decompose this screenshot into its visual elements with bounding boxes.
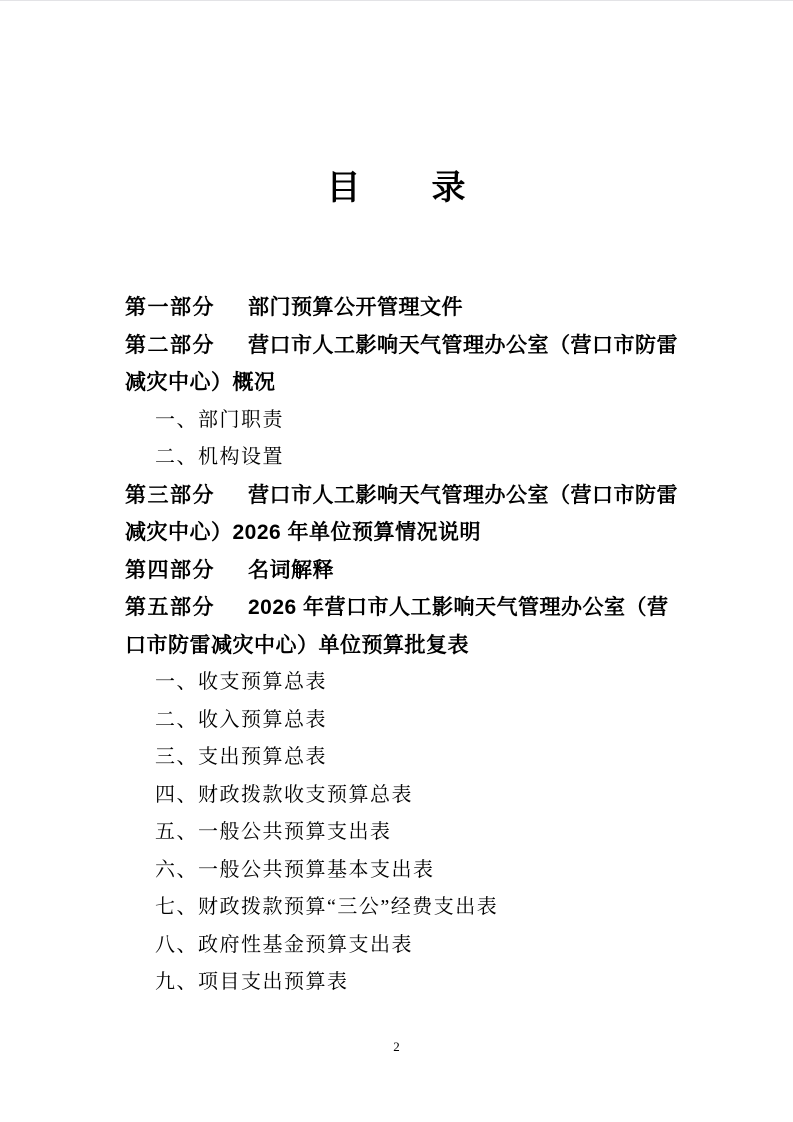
toc-part-label: 第四部分 bbox=[125, 559, 215, 582]
toc-sub-entry: 一、部门职责 bbox=[125, 402, 687, 440]
toc-part-label: 第一部分 bbox=[125, 296, 215, 319]
toc-sub-text: 五、一般公共预算支出表 bbox=[155, 821, 392, 843]
toc-part-label: 第三部分 bbox=[125, 484, 215, 507]
toc-part-label: 第五部分 bbox=[125, 596, 215, 619]
toc-part-label: 第二部分 bbox=[125, 334, 215, 357]
document-page: 目 录 第一部分部门预算公开管理文件 第二部分营口市人工影响天气管理办公室（营口… bbox=[0, 0, 793, 1122]
toc-list: 第一部分部门预算公开管理文件 第二部分营口市人工影响天气管理办公室（营口市防雷减… bbox=[125, 289, 687, 1002]
toc-sub-entry: 六、一般公共预算基本支出表 bbox=[125, 852, 687, 890]
toc-sub-text: 一、部门职责 bbox=[155, 409, 284, 431]
toc-sub-entry: 五、一般公共预算支出表 bbox=[125, 814, 687, 852]
toc-part-entry: 第二部分营口市人工影响天气管理办公室（营口市防雷减灾中心）概况 bbox=[125, 327, 687, 402]
toc-part-title: 名词解释 bbox=[248, 559, 334, 582]
toc-sub-text: 一、收支预算总表 bbox=[155, 671, 327, 693]
toc-sub-entry: 七、财政拨款预算“三公”经费支出表 bbox=[125, 889, 687, 927]
toc-part-entry: 第一部分部门预算公开管理文件 bbox=[125, 289, 687, 327]
toc-part-entry: 第四部分名词解释 bbox=[125, 552, 687, 590]
toc-part-title: 部门预算公开管理文件 bbox=[248, 296, 463, 319]
toc-sub-text: 三、支出预算总表 bbox=[155, 746, 327, 768]
toc-sub-text: 四、财政拨款收支预算总表 bbox=[155, 784, 413, 806]
toc-sub-entry: 四、财政拨款收支预算总表 bbox=[125, 777, 687, 815]
toc-sub-text: 六、一般公共预算基本支出表 bbox=[155, 859, 435, 881]
toc-sub-text: 二、机构设置 bbox=[155, 446, 284, 468]
toc-part-entry: 第五部分2026 年营口市人工影响天气管理办公室（营口市防雷减灾中心）单位预算批… bbox=[125, 589, 687, 664]
page-number: 2 bbox=[0, 1039, 793, 1055]
toc-sub-entry: 九、项目支出预算表 bbox=[125, 964, 687, 1002]
toc-sub-text: 八、政府性基金预算支出表 bbox=[155, 934, 413, 956]
toc-sub-entry: 二、机构设置 bbox=[125, 439, 687, 477]
toc-sub-entry: 一、收支预算总表 bbox=[125, 664, 687, 702]
toc-sub-text: 二、收入预算总表 bbox=[155, 709, 327, 731]
toc-sub-text: 九、项目支出预算表 bbox=[155, 971, 349, 993]
toc-sub-entry: 二、收入预算总表 bbox=[125, 702, 687, 740]
page-title: 目 录 bbox=[0, 169, 793, 209]
toc-sub-entry: 八、政府性基金预算支出表 bbox=[125, 927, 687, 965]
toc-sub-text: 七、财政拨款预算“三公”经费支出表 bbox=[155, 896, 498, 918]
toc-part-entry: 第三部分营口市人工影响天气管理办公室（营口市防雷减灾中心）2026 年单位预算情… bbox=[125, 477, 687, 552]
toc-sub-entry: 三、支出预算总表 bbox=[125, 739, 687, 777]
